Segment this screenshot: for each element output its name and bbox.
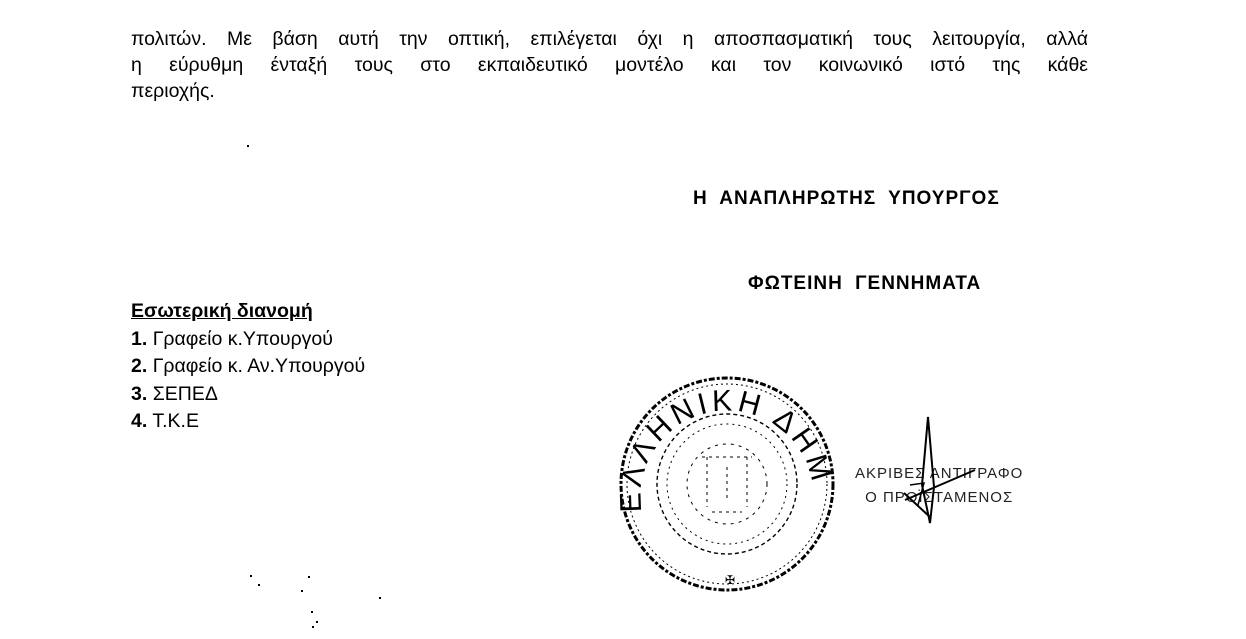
- item-number: 4.: [131, 410, 147, 432]
- signatory-title: Η ΑΝΑΠΛΗΡΩΤΗΣ ΥΠΟΥΡΓΟΣ: [693, 188, 1000, 210]
- seal-icon: ΕΛΛΗΝΙΚΗ ΔΗΜΟΚΡΑΤΙΑ ✠: [612, 372, 842, 597]
- scan-speck: [311, 611, 313, 613]
- item-number: 3.: [131, 383, 147, 405]
- paragraph-line: η εύρυθμη ένταξή τους στο εκπαιδευτικό μ…: [131, 52, 1088, 78]
- svg-text:✠: ✠: [725, 573, 735, 587]
- item-label: Τ.Κ.Ε: [152, 410, 199, 432]
- signature-mark: [890, 415, 980, 525]
- paragraph-line: πολιτών. Με βάση αυτή την οπτική, επιλέγ…: [131, 26, 1088, 52]
- scan-speck: [250, 575, 252, 577]
- distribution-item: 4. Τ.Κ.Ε: [131, 408, 365, 436]
- item-label: Γραφείο κ.Υπουργού: [153, 328, 333, 350]
- distribution-item: 2. Γραφείο κ. Αν.Υπουργού: [131, 353, 365, 381]
- seal-outer-text: ΕΛΛΗΝΙΚΗ ΔΗΜΟΚΡΑΤΙΑ: [612, 372, 839, 513]
- item-label: ΣΕΠΕΔ: [153, 383, 218, 405]
- internal-distribution: Εσωτερική διανομή 1. Γραφείο κ.Υπουργού …: [131, 298, 365, 436]
- scan-speck: [258, 584, 260, 586]
- distribution-item: 3. ΣΕΠΕΔ: [131, 381, 365, 409]
- item-label: Γραφείο κ. Αν.Υπουργού: [153, 355, 365, 377]
- item-number: 2.: [131, 355, 147, 377]
- svg-text:ΕΛΛΗΝΙΚΗ ΔΗΜΟΚΡΑΤΙΑ: ΕΛΛΗΝΙΚΗ ΔΗΜΟΚΡΑΤΙΑ: [612, 372, 839, 513]
- scan-speck: [316, 621, 318, 623]
- scan-speck: [312, 626, 314, 628]
- paragraph-line: περιοχής.: [131, 78, 1088, 104]
- signatory-name: ΦΩΤΕΙΝΗ ΓΕΝΝΗΜΑΤΑ: [748, 273, 981, 295]
- item-number: 1.: [131, 328, 147, 350]
- scan-speck: [379, 597, 381, 599]
- scan-speck: [301, 590, 303, 592]
- distribution-item: 1. Γραφείο κ.Υπουργού: [131, 326, 365, 354]
- distribution-heading: Εσωτερική διανομή: [131, 298, 365, 326]
- body-paragraph: πολιτών. Με βάση αυτή την οπτική, επιλέγ…: [131, 26, 1088, 104]
- scan-speck: [308, 576, 310, 578]
- scan-speck: [247, 145, 249, 147]
